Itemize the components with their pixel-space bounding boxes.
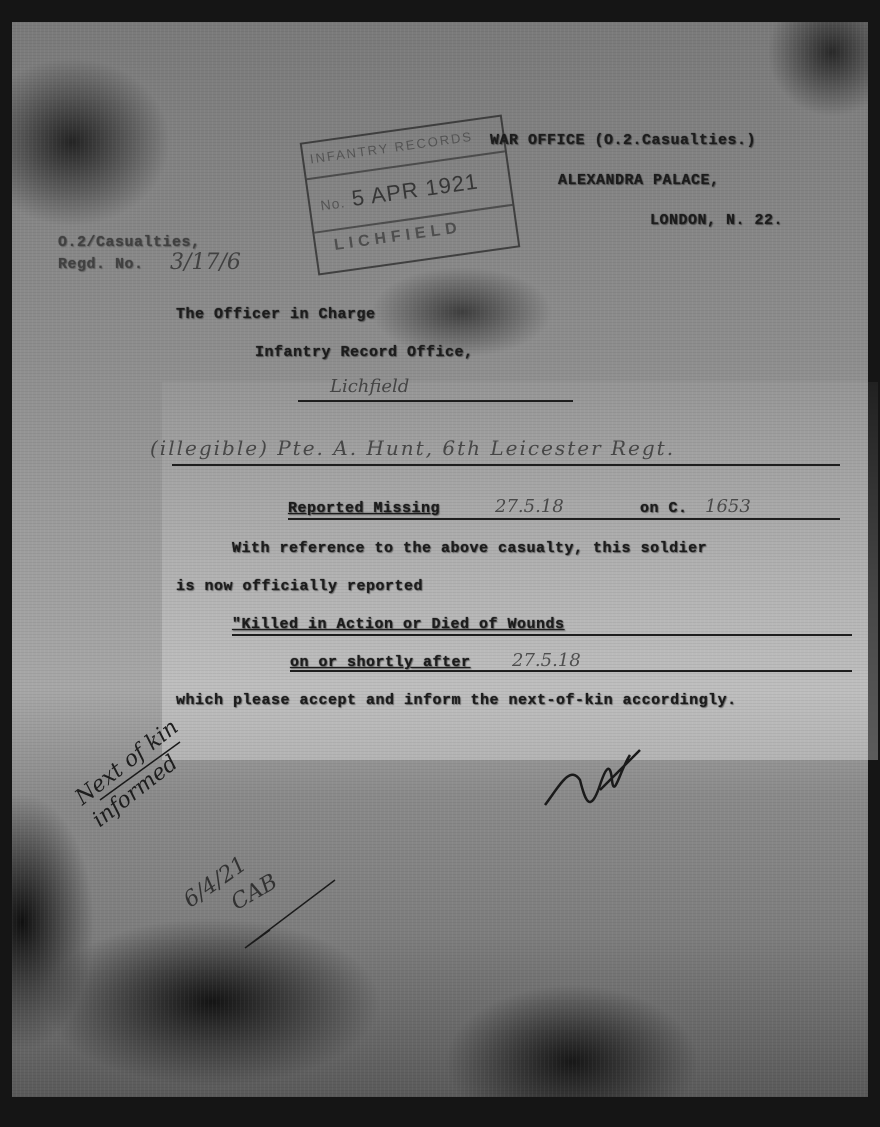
body-line-2: is now officially reported [176, 578, 423, 595]
letterhead-office: WAR OFFICE (O.2.Casualties.) [490, 132, 756, 149]
received-stamp: INFANTRY RECORDS No. 5 APR 1921 LICHFIEL… [300, 114, 521, 275]
letterhead-address: ALEXANDRA PALACE, [558, 172, 720, 189]
soldier-details: (illegible) Pte. A. Hunt, 6th Leicester … [150, 436, 675, 460]
addressee-place: Lichfield [330, 376, 409, 397]
stamp-bottom: LICHFIELD [333, 219, 463, 255]
addressee-title: The Officer in Charge [176, 306, 376, 323]
reference-label: Regd. No. [58, 256, 144, 273]
reference-number: 3/17/6 [170, 250, 241, 275]
missing-date: 27.5.18 [495, 496, 564, 517]
closing-line: which please accept and inform the next-… [176, 692, 737, 709]
letterhead-city: LONDON, N. 22. [650, 212, 783, 229]
missing-on-label: on C. [640, 500, 688, 517]
casualty-status: "Killed in Action or Died of Wounds [232, 616, 565, 633]
missing-form: 1653 [705, 496, 751, 517]
after-date: 27.5.18 [512, 650, 581, 671]
margin-pen-strokes [70, 740, 350, 960]
addressee-office: Infantry Record Office, [255, 344, 474, 361]
stamp-date: No. 5 APR 1921 [319, 169, 480, 217]
signature-scribble [540, 745, 650, 825]
after-label: on or shortly after [290, 654, 471, 671]
reference-dept: O.2/Casualties, [58, 234, 201, 251]
missing-label: Reported Missing [288, 500, 440, 517]
body-line-1: With reference to the above casualty, th… [232, 540, 707, 557]
